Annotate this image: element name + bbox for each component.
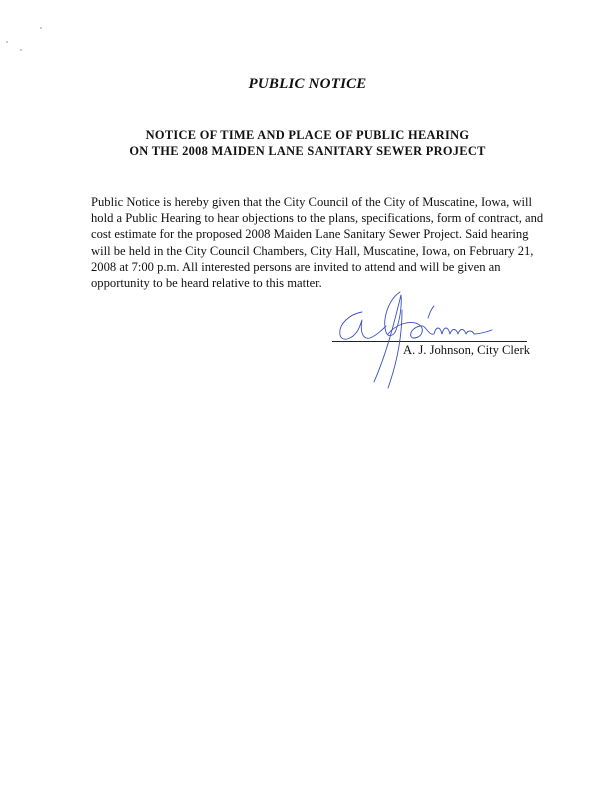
body-line: 2008 at 7:00 p.m. All interested persons… [91,259,551,275]
handwritten-signature-icon [330,290,560,390]
body-line: hold a Public Hearing to hear objections… [91,210,551,226]
notice-body: Public Notice is hereby given that the C… [91,194,551,291]
body-line: cost estimate for the proposed 2008 Maid… [91,226,551,242]
scan-speck [6,41,8,43]
body-line: will be held in the City Council Chamber… [91,243,551,259]
notice-subtitle: NOTICE OF TIME AND PLACE OF PUBLIC HEARI… [0,127,615,159]
subtitle-line: ON THE 2008 MAIDEN LANE SANITARY SEWER P… [0,143,615,159]
document-page: PUBLIC NOTICE NOTICE OF TIME AND PLACE O… [0,0,615,800]
signer-name: A. J. Johnson, City Clerk [403,343,530,358]
notice-title: PUBLIC NOTICE [0,76,615,93]
scan-speck [40,27,42,29]
body-line: Public Notice is hereby given that the C… [91,194,551,210]
scan-speck [20,49,22,51]
signature-block: A. J. Johnson, City Clerk [330,290,560,390]
body-line: opportunity to be heard relative to this… [91,275,551,291]
subtitle-line: NOTICE OF TIME AND PLACE OF PUBLIC HEARI… [0,127,615,143]
